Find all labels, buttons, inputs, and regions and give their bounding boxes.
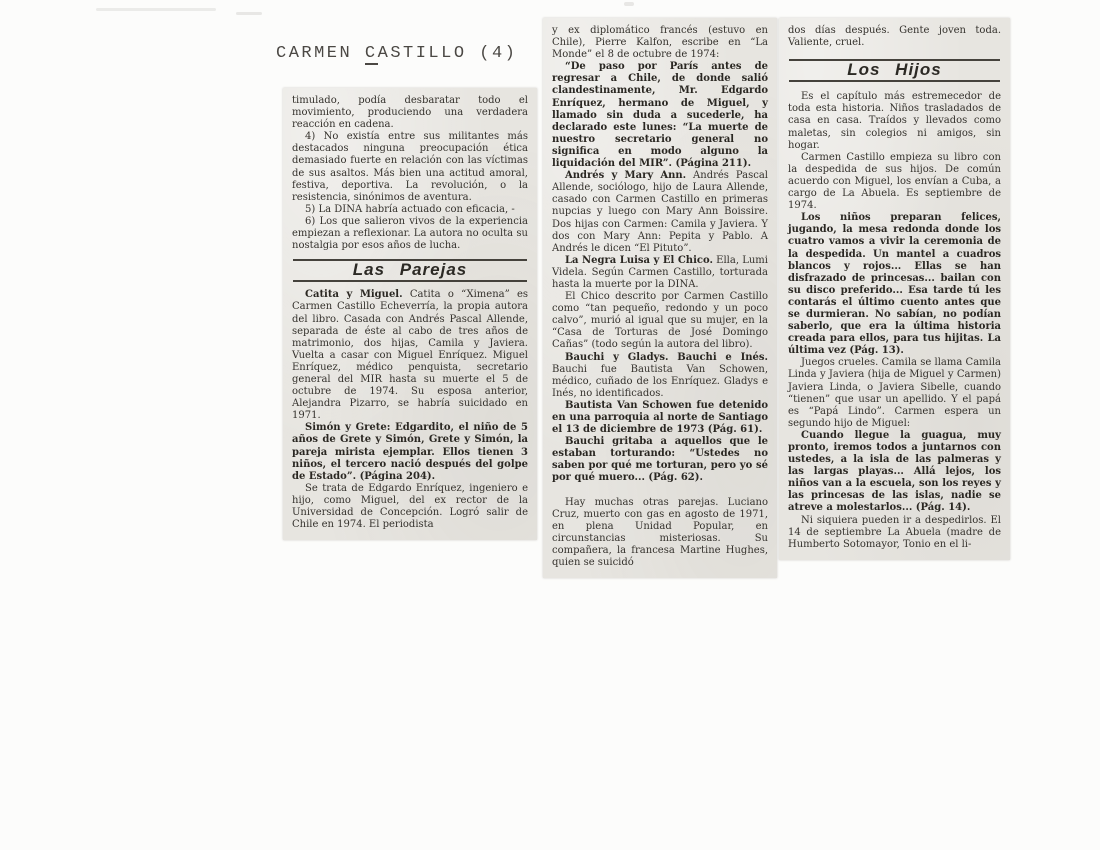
- typed-caption-underlined-letter: C: [365, 44, 378, 65]
- paragraph: Carmen Castillo empieza su libro con la …: [788, 152, 1001, 212]
- paragraph: Andrés y Mary Ann. Andrés Pascal Allende…: [552, 170, 768, 255]
- paragraph-lead: Catita y Miguel.: [305, 289, 403, 300]
- clipping-column-3: dos días después. Gente joven toda. Vali…: [779, 18, 1010, 560]
- paragraph-text: Andrés Pascal Allende, sociólogo, hijo d…: [552, 170, 768, 254]
- paragraph-lead: La Negra Luisa y El Chico.: [565, 255, 713, 266]
- paragraph-text: Bauchi fue Bautista Van Schowen, médico,…: [552, 364, 768, 399]
- typed-caption-text: CARMEN: [276, 44, 365, 63]
- paragraph: dos días después. Gente joven toda. Vali…: [788, 25, 1001, 49]
- scan-speck: [236, 12, 262, 15]
- paragraph: Simón y Grete: Edgardito, el niño de 5 a…: [292, 422, 528, 482]
- typed-caption: CARMEN CASTILLO (4): [276, 44, 517, 63]
- paragraph: La Negra Luisa y El Chico. Ella, Lumi Vi…: [552, 255, 768, 291]
- paragraph: 5) La DINA habría actuado con eficacia, …: [292, 204, 528, 216]
- paragraph: Juegos crueles. Camila se llama Camila L…: [788, 357, 1001, 430]
- paragraph: Se trata de Edgardo Enríquez, ingeniero …: [292, 483, 528, 531]
- paragraph: y ex diplomático francés (estuvo en Chil…: [552, 25, 768, 61]
- paragraph: Bauchi gritaba a aquellos que le estaban…: [552, 436, 768, 484]
- typed-caption-text: ASTILLO (4): [378, 44, 518, 63]
- paragraph-lead: Bauchi y Gladys. Bauchi e Inés.: [565, 352, 768, 363]
- paragraph: Ni siquiera pueden ir a despedirlos. El …: [788, 515, 1001, 551]
- paragraph: Bautista Van Schowen fue detenido en una…: [552, 400, 768, 436]
- paragraph: Catita y Miguel. Catita o “Ximena” es Ca…: [292, 289, 528, 422]
- scan-speck: [624, 2, 634, 6]
- scan-speck: [96, 8, 216, 11]
- section-header-los-hijos: Los Hijos: [789, 59, 1000, 82]
- clipping-column-2: y ex diplomático francés (estuvo en Chil…: [543, 18, 777, 578]
- paragraph: Es el capítulo más estremecedor de toda …: [788, 91, 1001, 151]
- paragraph: El Chico descrito por Carmen Castillo co…: [552, 291, 768, 351]
- paragraph: 6) Los que salieron vivos de la experien…: [292, 216, 528, 252]
- paragraph: Los niños preparan felices, jugando, la …: [788, 212, 1001, 357]
- section-header-las-parejas: Las Parejas: [293, 259, 527, 282]
- paragraph: Bauchi y Gladys. Bauchi e Inés. Bauchi f…: [552, 352, 768, 400]
- paragraph: 4) No existía entre sus militantes más d…: [292, 131, 528, 204]
- paragraph-lead: Andrés y Mary Ann.: [565, 170, 686, 181]
- paragraph: “De paso por París antes de regresar a C…: [552, 61, 768, 170]
- paragraph: Hay muchas otras parejas. Luciano Cruz, …: [552, 497, 768, 570]
- paragraph: Cuando llegue la guagua, muy pronto, ire…: [788, 430, 1001, 515]
- paragraph: timulado, podía desbaratar todo el movim…: [292, 95, 528, 131]
- clipping-column-1: timulado, podía desbaratar todo el movim…: [283, 88, 537, 540]
- paragraph-text: Catita o “Ximena” es Carmen Castillo Ech…: [292, 289, 528, 421]
